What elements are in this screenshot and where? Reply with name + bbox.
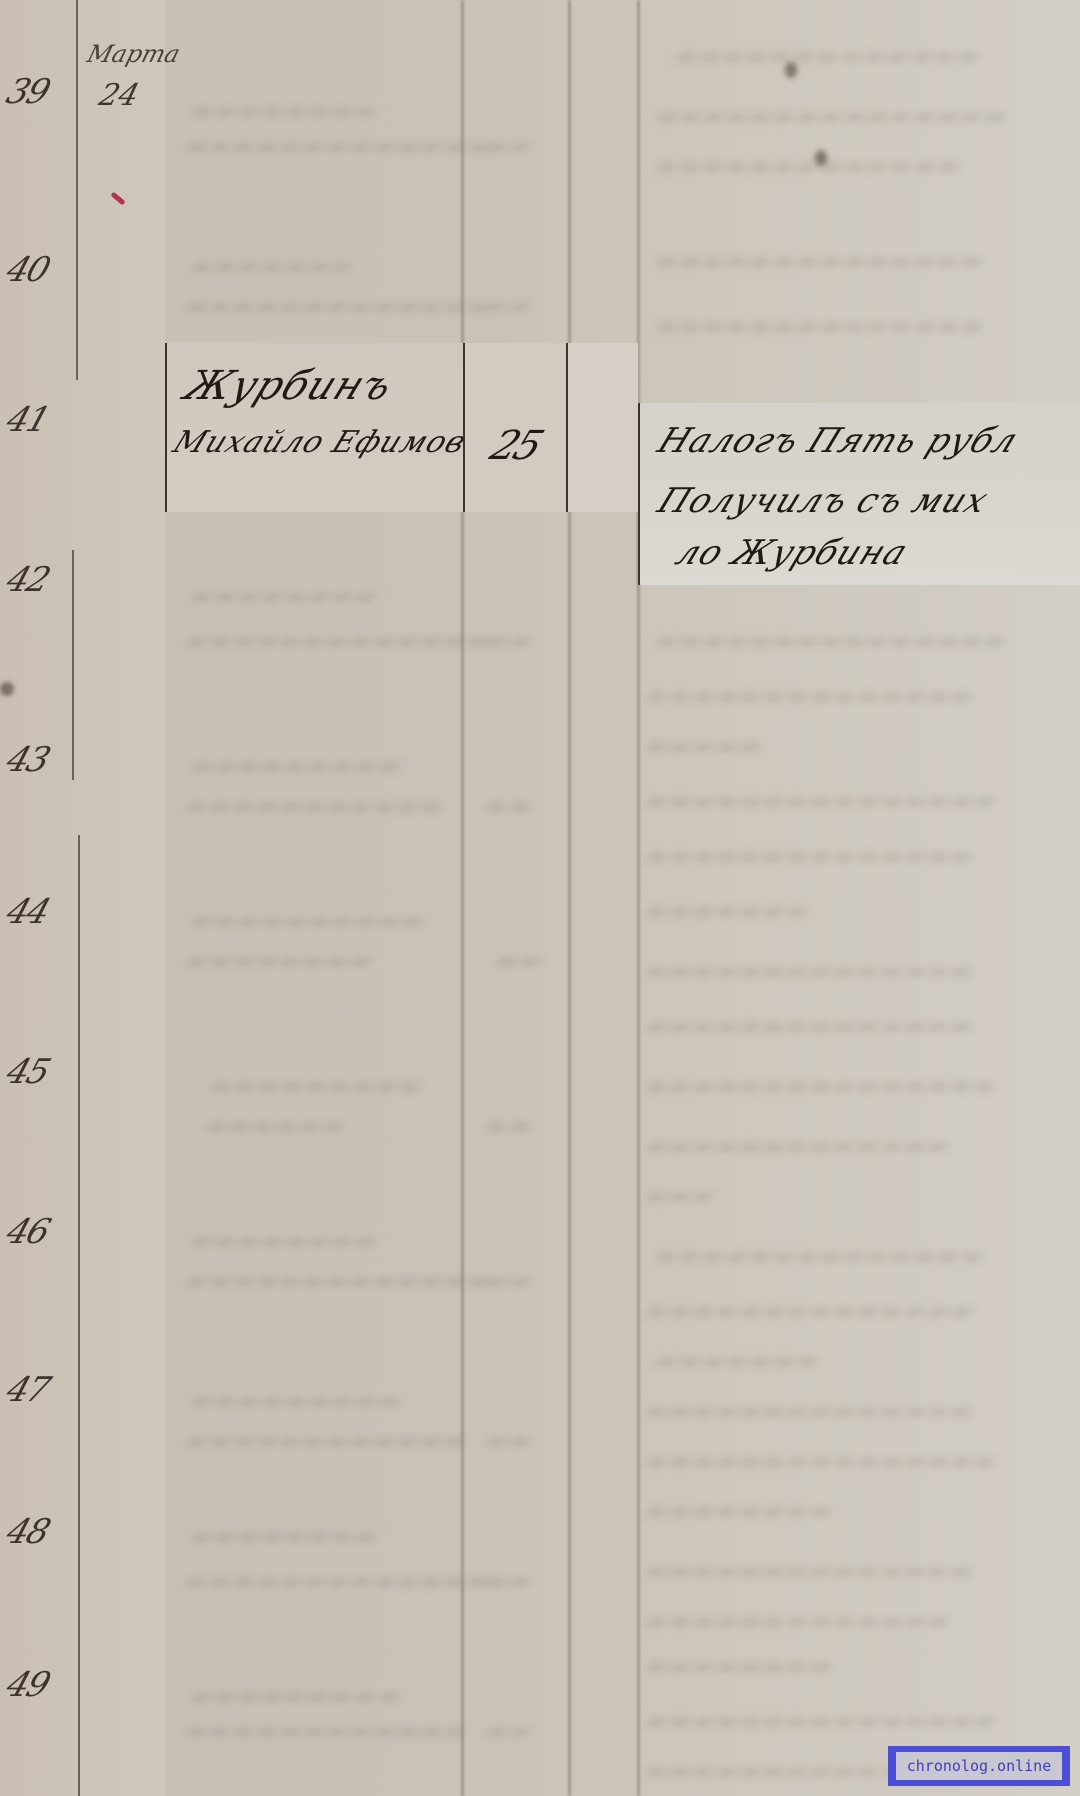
red-ink-mark — [110, 191, 125, 205]
blurred-age: ~~ — [481, 1110, 537, 1143]
blurred-remark: ~~~~~~~~~~~~~~ — [641, 1010, 978, 1043]
blurred-name-44b: ~~~~~~~~ — [181, 945, 378, 978]
blurred-name-49b: ~~~~~~~~~~~~ — [181, 1715, 471, 1748]
blurred-remark: ~~~~~~~~~~~~~~ — [641, 1395, 978, 1428]
blurred-remark: ~~~~~~~~~~~~~ — [651, 150, 965, 183]
row-number: 45 — [2, 1052, 54, 1092]
blurred-remark: ~~~~~~~~~~~~~ — [641, 1130, 955, 1163]
entry-remark-cell: Налогъ Пять рубл Получилъ съ мих ло Журб… — [638, 403, 1080, 585]
row-number: 40 — [2, 250, 54, 290]
blurred-remark: ~~~~~~~ — [641, 895, 814, 928]
entry-surname: Журбинъ — [178, 363, 401, 409]
blurred-name-39b: ~~~~~~~~~~~~~ — [181, 130, 495, 163]
margin-rule — [72, 550, 74, 780]
blurred-column-line — [568, 0, 571, 1796]
remark-line-3: ло Журбина — [670, 533, 914, 573]
blurred-remark: ~~~~~ — [641, 730, 767, 763]
blurred-name-49: ~~~~~~~~~ — [186, 1680, 406, 1713]
header-month: Марта — [84, 40, 183, 68]
blurred-name-44: ~~~~~~~~~~ — [186, 905, 429, 938]
blurred-age: ~~ — [481, 625, 537, 658]
row-number: 39 — [2, 72, 54, 112]
blurred-region: ~~~~~~~~ ~~~~~~~~~~~~~ ~~~~~~~ ~~~~~~~~~… — [165, 0, 1080, 1796]
margin-rule — [78, 835, 80, 1796]
entry-age: 25 — [484, 423, 547, 469]
entry-blank-cell — [568, 343, 638, 512]
blurred-age: ~~ — [481, 290, 537, 323]
ink-stain — [815, 150, 827, 166]
blurred-age: ~~ — [481, 1715, 537, 1748]
blurred-remark: ~~~~~~~~~~~~~~ — [651, 310, 988, 343]
blurred-name-45b: ~~~~~~ — [201, 1110, 351, 1143]
blurred-remark: ~~~~~~~~~~~~~~ — [641, 1295, 978, 1328]
blurred-remark: ~~~~~~~~~~~~~~~ — [641, 1445, 1002, 1478]
blurred-remark: ~~~~~~~~~~~~~~~ — [641, 1070, 1002, 1103]
blurred-name-39: ~~~~~~~~ — [186, 95, 383, 128]
remark-line-1: Налогъ Пять рубл — [652, 421, 1024, 461]
cell-border — [638, 403, 640, 585]
blurred-remark: ~~~~~~~~~~~~~~ — [651, 245, 988, 278]
ink-stain — [0, 682, 14, 696]
entry-age-cell: 25 — [463, 343, 568, 512]
blurred-remark: ~~~~~~~~~~~~~~~ — [651, 625, 1012, 658]
blurred-remark: ~~~~~~~~~~~~~ — [641, 1605, 955, 1638]
blurred-remark: ~~~ — [641, 1180, 720, 1213]
blurred-name-43b: ~~~~~~~~~~~ — [181, 790, 448, 823]
blurred-remark: ~~~~~~~~ — [641, 1495, 838, 1528]
cell-border — [463, 343, 465, 512]
blurred-age: ~~ — [491, 945, 547, 978]
blurred-name-47: ~~~~~~~~~ — [186, 1385, 406, 1418]
cell-border — [165, 343, 167, 512]
blurred-name-42: ~~~~~~~~ — [186, 580, 383, 613]
entry-given-name: Михайло Ефимовъ — [168, 425, 493, 460]
blurred-age: ~~ — [481, 790, 537, 823]
blurred-remark: ~~~~~~~~~~~~~~ — [641, 680, 978, 713]
watermark-text: chronolog.online — [896, 1752, 1062, 1780]
row-number: 41 — [2, 400, 54, 440]
blurred-remark: ~~~~~~~~~~~~~~ — [641, 840, 978, 873]
blurred-column-line — [461, 0, 464, 1796]
row-number: 47 — [2, 1370, 54, 1410]
ledger-page: ~~~~~~~~ ~~~~~~~~~~~~~ ~~~~~~~ ~~~~~~~~~… — [0, 0, 1080, 1796]
blurred-name-43: ~~~~~~~~~ — [186, 750, 406, 783]
header-day: 24 — [95, 78, 143, 113]
blurred-remark: ~~~~~~~~~~~~~~~ — [651, 100, 1012, 133]
blurred-age: ~~ — [481, 1265, 537, 1298]
blurred-remark: ~~~~~~~~~~~~~~ — [651, 1240, 988, 1273]
blurred-name-45: ~~~~~~~~~ — [206, 1070, 426, 1103]
blurred-name-47b: ~~~~~~~~~~~~ — [181, 1425, 471, 1458]
row-number: 48 — [2, 1512, 54, 1552]
watermark-badge[interactable]: chronolog.online — [888, 1746, 1070, 1786]
row-number: 43 — [2, 740, 54, 780]
blurred-name-46: ~~~~~~~~ — [186, 1225, 383, 1258]
blurred-remark: ~~~~~~~~ — [641, 1650, 838, 1683]
row-number: 46 — [2, 1212, 54, 1252]
blurred-age: ~~ — [481, 1425, 537, 1458]
blurred-column-line — [637, 0, 640, 1796]
blurred-name-48b: ~~~~~~~~~~~~~ — [181, 1565, 495, 1598]
margin-rule — [76, 0, 78, 380]
row-number: 44 — [2, 892, 54, 932]
blurred-remark: ~~~~~~~~~~~~~~~ — [641, 785, 1002, 818]
blurred-remark: ~~~~~~~~~~~~~~ — [641, 955, 978, 988]
blurred-name-48: ~~~~~~~~ — [186, 1520, 383, 1553]
row-number: 49 — [2, 1665, 54, 1705]
blurred-remark: ~~~~~~~~~~~~~ — [671, 40, 985, 73]
blurred-age: ~~ — [481, 1565, 537, 1598]
blurred-name-40: ~~~~~~~ — [186, 250, 359, 283]
remark-line-2: Получилъ съ мих — [652, 481, 995, 521]
ink-stain — [785, 62, 797, 78]
blurred-name-46b: ~~~~~~~~~~~~~ — [181, 1265, 495, 1298]
blurred-remark: ~~~~~~~ — [651, 1345, 824, 1378]
blurred-name-40b: ~~~~~~~~~~~~~ — [181, 290, 495, 323]
row-number: 42 — [2, 560, 54, 600]
blurred-name-42b: ~~~~~~~~~~~~~ — [181, 625, 495, 658]
blurred-remark: ~~~~~~~~~~~~~~~ — [641, 1705, 1002, 1738]
blurred-age: ~~ — [481, 130, 537, 163]
blurred-remark: ~~~~~~~~~~~~~~ — [641, 1555, 978, 1588]
